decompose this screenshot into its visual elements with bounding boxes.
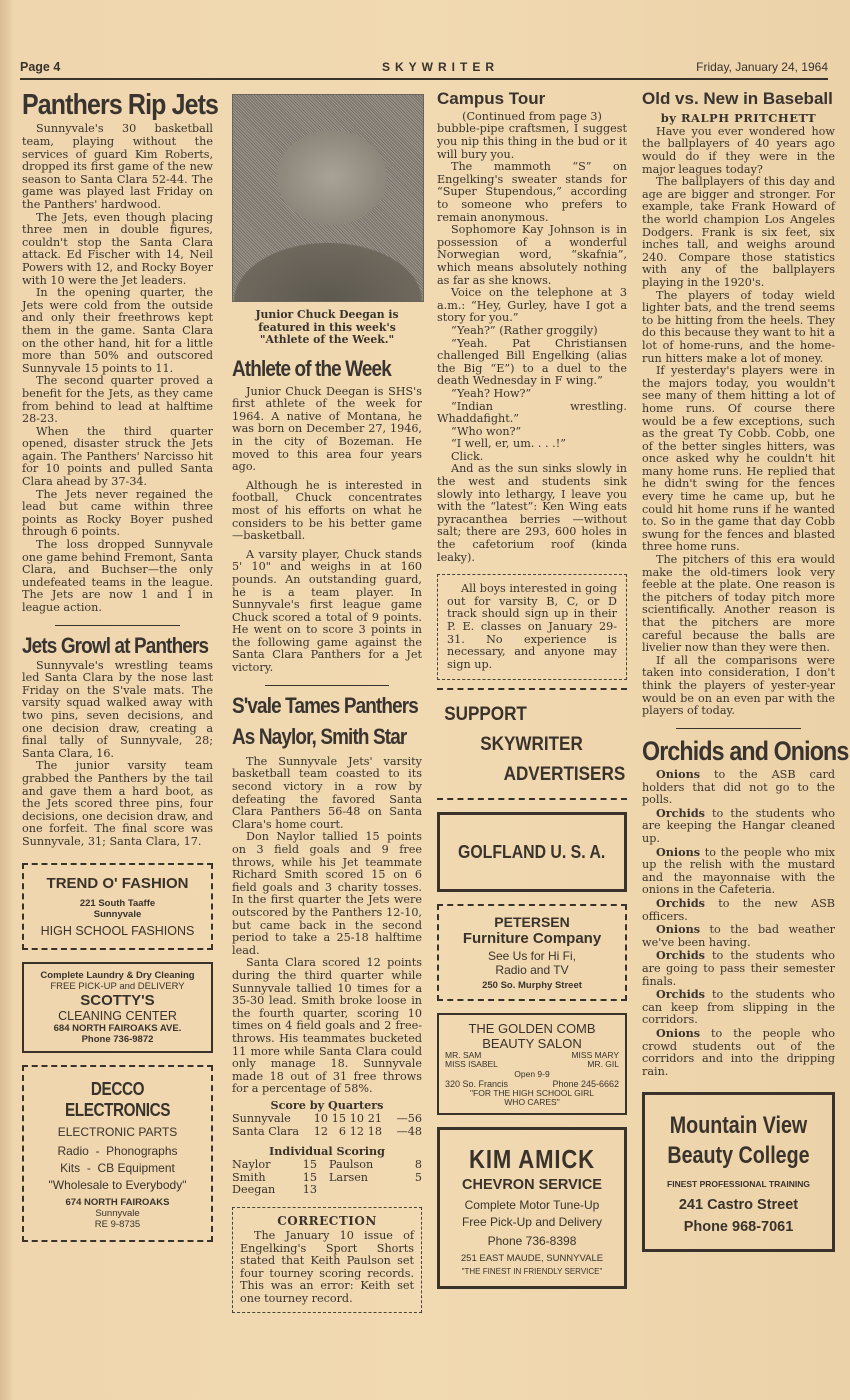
table-title: Score by Quarters xyxy=(232,1099,422,1112)
ad-address: 251 EAST MAUDE, SUNNYVALE xyxy=(444,1253,620,1264)
headline: Campus Tour xyxy=(437,90,627,108)
paragraph: Sunnyvale's wrestling teams led Santa Cl… xyxy=(22,660,213,761)
article-svale-tames-panthers: S'vale Tames Panthers As Naylor, Smith S… xyxy=(232,694,422,1197)
ad-tagline: "THE FINEST IN FRIENDLY SERVICE" xyxy=(444,1267,620,1276)
headline: Old vs. New in Baseball xyxy=(642,90,835,108)
ad-address: 674 NORTH FAIROAKS xyxy=(28,1197,207,1208)
paragraph: The pitchers of this era would make the … xyxy=(642,554,835,655)
paragraph: Santa Clara scored 12 points during the … xyxy=(232,957,422,1096)
ad-hours: Open 9-9 xyxy=(445,1069,619,1079)
article-panthers-rip-jets: Panthers Rip Jets Sunnyvale's 30 basketb… xyxy=(22,90,213,615)
ad-golfland: GOLFLAND U. S. A. xyxy=(437,812,627,892)
paragraph: The junior varsity team grabbed the Pant… xyxy=(22,760,213,848)
paragraph: The Jets, even though placing three men … xyxy=(22,212,213,288)
player-points: 8 xyxy=(409,1159,422,1172)
ad-line: Kits - CB Equipment xyxy=(28,1161,207,1175)
ad-golden-comb: THE GOLDEN COMB BEAUTY SALON MR. SAM MIS… xyxy=(437,1013,627,1115)
paragraph: “Yeah? How?” xyxy=(437,388,627,401)
column-4: Old vs. New in Baseball by RALPH PRITCHE… xyxy=(642,90,835,1252)
team-name: Santa Clara xyxy=(232,1126,310,1139)
ad-address: 221 South Taaffe xyxy=(28,898,207,909)
orchid-onion-item: Orchids to the students who are keeping … xyxy=(642,807,835,846)
paragraph: When the third quarter opened, disaster … xyxy=(22,426,213,489)
divider xyxy=(676,728,801,729)
divider xyxy=(265,685,389,686)
ad-name: TREND O' FASHION xyxy=(28,875,207,892)
ad-line: FREE PICK-UP and DELIVERY xyxy=(28,981,207,992)
ad-kim-amick-chevron: KIM AMICK CHEVRON SERVICE Complete Motor… xyxy=(437,1127,627,1289)
q2: 6 xyxy=(328,1126,346,1139)
ad-line: Free Pick-Up and Delivery xyxy=(444,1215,620,1229)
track-notice-text: All boys interested in going out for var… xyxy=(447,583,617,671)
support-advertisers-banner: SUPPORT SKYWRITER ADVERTISERS xyxy=(437,700,608,790)
ad-phone: RE 9-8735 xyxy=(28,1219,207,1230)
ad-name-2: CHEVRON SERVICE xyxy=(444,1177,620,1193)
table-row: Santa Clara 12 6 12 18 —48 xyxy=(232,1126,422,1139)
orchid-onion-item: Orchids to the new ASB officers. xyxy=(642,897,835,923)
ad-line: ELECTRONIC PARTS xyxy=(28,1125,207,1139)
ad-line: Radio and TV xyxy=(443,963,621,977)
athlete-photo xyxy=(232,94,424,302)
ad-name: PETERSEN xyxy=(443,914,621,930)
ad-tagline: "FOR THE HIGH SCHOOL GIRL WHO CARES" xyxy=(445,1089,619,1107)
ad-name: KIM AMICK xyxy=(457,1144,607,1175)
divider xyxy=(437,798,627,800)
ad-name: Mountain View xyxy=(665,1111,812,1141)
paragraph: If yesterday's players were in the major… xyxy=(642,365,835,554)
player-name: Naylor xyxy=(232,1159,292,1172)
paragraph: If all the comparisons were taken into c… xyxy=(642,655,835,718)
ad-name: THE GOLDEN COMB xyxy=(445,1021,619,1036)
photo-caption: Junior Chuck Deegan is featured in this … xyxy=(232,309,422,347)
paragraph: The loss dropped Sunnyvale one game behi… xyxy=(22,539,213,615)
paragraph: The second quarter proved a benefit for … xyxy=(22,375,213,425)
paragraph: “I well, er, um. . . .!” xyxy=(437,438,627,451)
headline-line-2: As Naylor, Smith Star xyxy=(232,725,395,748)
correction-text: The January 10 issue of Engelking's Spor… xyxy=(240,1230,414,1306)
correction-title: CORRECTION xyxy=(240,1214,414,1228)
ad-phone: Phone 736-8398 xyxy=(444,1234,620,1248)
paragraph: The ballplayers of this day and age are … xyxy=(642,176,835,289)
paragraph: The Sunnyvale Jets' varsity basketball t… xyxy=(232,756,422,832)
orchid-onion-item: Onions to the bad weather we've been hav… xyxy=(642,923,835,949)
ad-staff-row: MISS ISABEL MR. GIL xyxy=(445,1060,619,1069)
ad-tagline: FINEST PROFESSIONAL TRAINING xyxy=(649,1179,828,1189)
paragraph: And as the sun sinks slowly in the west … xyxy=(437,463,627,564)
paragraph: Junior Chuck Deegan is SHS's first athle… xyxy=(232,386,422,474)
ad-address: 250 So. Murphy Street xyxy=(443,980,621,991)
headline: Athlete of the Week xyxy=(232,357,395,380)
q1: 12 xyxy=(310,1126,328,1139)
ad-phone: Phone 968-7061 xyxy=(649,1219,828,1235)
ad-address: 241 Castro Street xyxy=(649,1197,828,1213)
page-header: Page 4 SKYWRITER Friday, January 24, 196… xyxy=(20,60,828,80)
ad-city: Sunnyvale xyxy=(28,1208,207,1219)
ad-tagline: HIGH SCHOOL FASHIONS xyxy=(28,924,207,938)
table-row: Naylor 15 Paulson 8 xyxy=(232,1159,422,1172)
ad-petersen-furniture: PETERSEN Furniture Company See Us for Hi… xyxy=(437,904,627,1001)
newspaper-page: Page 4 SKYWRITER Friday, January 24, 196… xyxy=(0,0,850,1400)
headline-line-1: S'vale Tames Panthers xyxy=(232,694,395,717)
score-by-quarters: Score by Quarters Sunnyvale 10 15 10 21 … xyxy=(232,1099,422,1197)
divider xyxy=(437,688,627,690)
ad-phone: Phone 736-9872 xyxy=(28,1034,207,1045)
article-jets-growl: Jets Growl at Panthers Sunnyvale's wrest… xyxy=(22,634,213,849)
total: —48 xyxy=(382,1126,422,1139)
column-1: Panthers Rip Jets Sunnyvale's 30 basketb… xyxy=(22,90,213,1242)
table-title: Individual Scoring xyxy=(232,1145,422,1158)
orchid-onion-item: Orchids to the students who can keep fro… xyxy=(642,988,835,1027)
masthead: SKYWRITER xyxy=(382,60,499,74)
paragraph: Voice on the telephone at 3 a.m.: “Hey, … xyxy=(437,287,627,325)
paragraph: Have you ever wondered how the ballplaye… xyxy=(642,126,835,176)
issue-date: Friday, January 24, 1964 xyxy=(696,60,828,74)
ad-city: Sunnyvale xyxy=(28,909,207,920)
byline: by RALPH PRITCHETT xyxy=(642,111,835,125)
ad-line: Complete Laundry & Dry Cleaning xyxy=(28,970,207,981)
q3: 12 xyxy=(346,1126,364,1139)
banner-line: SUPPORT xyxy=(437,700,608,730)
article-old-vs-new-baseball: Old vs. New in Baseball by RALPH PRITCHE… xyxy=(642,90,835,718)
banner-line: SKYWRITER xyxy=(437,730,608,760)
headline: Orchids and Onions xyxy=(642,737,808,765)
paragraph: The players of today wield lighter bats,… xyxy=(642,290,835,366)
column-orchids-and-onions: Orchids and Onions Onions to the ASB car… xyxy=(642,737,835,1079)
ad-name-2: Furniture Company xyxy=(443,930,621,947)
article-campus-tour: Campus Tour (Continued from page 3) bubb… xyxy=(437,90,627,564)
divider xyxy=(55,625,179,626)
article-athlete-of-week: Athlete of the Week Junior Chuck Deegan … xyxy=(232,357,422,675)
paragraph: Although he is interested in football, C… xyxy=(232,480,422,543)
ad-mountain-view-beauty-college: Mountain View Beauty College FINEST PROF… xyxy=(642,1092,835,1252)
ad-trend-o-fashion: TREND O' FASHION 221 South Taaffe Sunnyv… xyxy=(22,863,213,950)
ad-name-2: BEAUTY SALON xyxy=(445,1036,619,1051)
paragraph: bubble-pipe craftsmen, I suggest you nip… xyxy=(437,123,627,161)
paragraph: The mammoth “S” on Engelking's sweater s… xyxy=(437,161,627,224)
ad-line: "Wholesale to Everybody" xyxy=(28,1178,207,1192)
paragraph: A varsity player, Chuck stands 5' 10" an… xyxy=(232,549,422,675)
paragraph: “Yeah?” (Rather groggily) xyxy=(437,325,627,338)
paragraph: In the opening quarter, the Jets were co… xyxy=(22,287,213,375)
player-name: Paulson xyxy=(317,1159,409,1172)
ad-name-2: Beauty College xyxy=(665,1141,812,1171)
player-points: 15 xyxy=(292,1159,317,1172)
orchid-onion-item: Onions to the people who crowd students … xyxy=(642,1027,835,1078)
track-notice-box: All boys interested in going out for var… xyxy=(437,574,627,680)
ad-name-2: CLEANING CENTER xyxy=(28,1009,207,1023)
column-3: Campus Tour (Continued from page 3) bubb… xyxy=(437,90,627,1289)
orchid-onion-item: Onions to the ASB card holders that did … xyxy=(642,768,835,807)
player-name: Deegan xyxy=(232,1184,292,1197)
ad-name: DECCO ELECTRONICS xyxy=(41,1079,193,1121)
table-row: Deegan 13 xyxy=(232,1184,422,1197)
column-2: Junior Chuck Deegan is featured in this … xyxy=(232,94,422,1313)
ad-line: Radio - Phonographs xyxy=(28,1144,207,1158)
staff: MR. GIL xyxy=(587,1060,619,1069)
paragraph: Sunnyvale's 30 basketball team, playing … xyxy=(22,123,213,211)
player-points: 13 xyxy=(292,1184,317,1197)
orchid-onion-item: Orchids to the students who are going to… xyxy=(642,949,835,988)
ad-line: Complete Motor Tune-Up xyxy=(444,1198,620,1212)
q4: 18 xyxy=(364,1126,382,1139)
ad-name: SCOTTY'S xyxy=(28,992,207,1009)
headline: Jets Growl at Panthers xyxy=(22,634,186,657)
ad-decco-electronics: DECCO ELECTRONICS ELECTRONIC PARTS Radio… xyxy=(22,1065,213,1242)
ad-address: 684 NORTH FAIROAKS AVE. xyxy=(28,1023,207,1034)
banner-line: ADVERTISERS xyxy=(437,760,608,790)
paragraph: “Yeah. Pat Christiansen challenged Bill … xyxy=(437,338,627,388)
page-number: Page 4 xyxy=(20,60,60,74)
staff: MISS ISABEL xyxy=(445,1060,498,1069)
player-points: 5 xyxy=(409,1172,422,1185)
paragraph: “Indian wrestling. Whaddafight.” xyxy=(437,401,627,426)
ad-scottys: Complete Laundry & Dry Cleaning FREE PIC… xyxy=(22,962,213,1053)
paragraph: Don Naylor tallied 15 points on 3 field … xyxy=(232,831,422,957)
correction-box: CORRECTION The January 10 issue of Engel… xyxy=(232,1207,422,1313)
headline: Panthers Rip Jets xyxy=(22,90,186,120)
paragraph: The Jets never regained the lead but cam… xyxy=(22,489,213,539)
ad-line: See Us for Hi Fi, xyxy=(443,949,621,963)
paragraph: Sophomore Kay Johnson is in possession o… xyxy=(437,224,627,287)
ad-name: GOLFLAND U. S. A. xyxy=(458,842,605,863)
orchid-onion-item: Onions to the people who mix up the reli… xyxy=(642,846,835,897)
player-name: Larsen xyxy=(317,1172,409,1185)
